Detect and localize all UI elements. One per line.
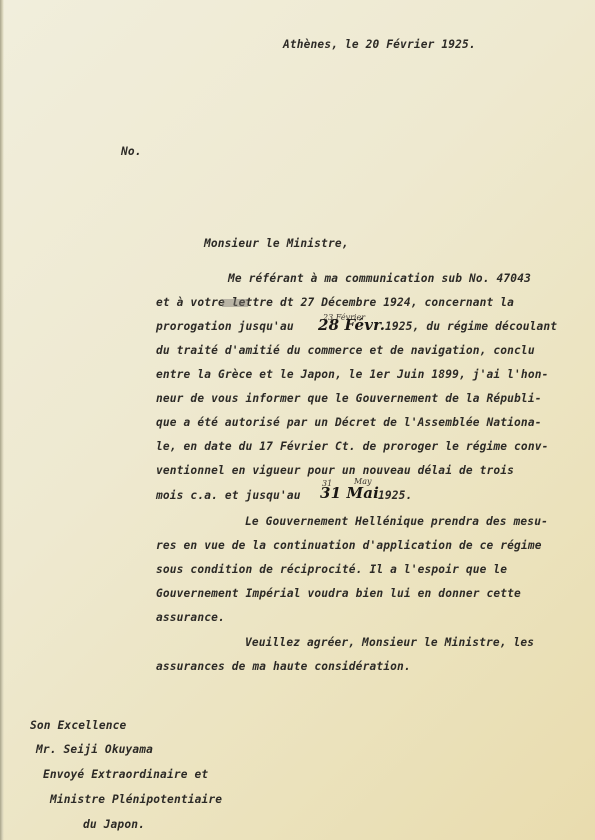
paragraph-line: res en vue de la continuation d'applicat… [156, 539, 542, 553]
salutation: Monsieur le Ministre, [204, 237, 349, 251]
addressee-line: du Japon. [83, 818, 145, 832]
paragraph-line: ventionnel en vigueur pour un nouveau dé… [156, 464, 514, 478]
paragraph-line: sous condition de réciprocité. Il a l'es… [156, 563, 507, 577]
closing-line: assurances de ma haute considération. [156, 660, 411, 674]
paragraph-line: assurance. [156, 611, 225, 625]
handwritten-date: 31 Mai [320, 486, 379, 500]
paragraph-line: 1925. [378, 489, 412, 503]
paragraph-line: que a été autorisé par un Décret de l'As… [156, 416, 542, 430]
paragraph-line: Le Gouvernement Hellénique prendra des m… [245, 515, 548, 529]
paragraph-line: Gouvernement Impérial voudra bien lui en… [156, 587, 521, 601]
paragraph-line: du traité d'amitié du commerce et de nav… [156, 344, 535, 358]
strikeout-mark [222, 299, 248, 307]
reference-number: No. [121, 145, 142, 159]
addressee-line: Ministre Plénipotentiaire [50, 793, 222, 807]
paragraph-line: entre la Grèce et le Japon, le 1er Juin … [156, 368, 548, 382]
addressee-line: Son Excellence [30, 719, 126, 733]
paragraph-line: 1925, du régime découlant [385, 320, 557, 334]
page-edge [0, 0, 4, 840]
paragraph-line: mois c.a. et jusqu'au [156, 489, 301, 503]
paragraph-line: le, en date du 17 Février Ct. de proroge… [156, 440, 548, 454]
letter-page: Athènes, le 20 Février 1925. No. Monsieu… [0, 0, 595, 840]
paragraph-line: prorogation jusqu'au [156, 320, 294, 334]
paragraph-line: neur de vous informer que le Gouvernemen… [156, 392, 542, 406]
dateline: Athènes, le 20 Février 1925. [283, 38, 476, 52]
closing-line: Veuillez agréer, Monsieur le Ministre, l… [245, 636, 534, 650]
handwritten-date: 28 Févr. [318, 318, 385, 332]
paragraph-line: et à votre lettre dt 27 Décembre 1924, c… [156, 296, 514, 310]
addressee-line: Envoyé Extraordinaire et [43, 768, 208, 782]
paragraph-line: Me référant à ma communication sub No. 4… [228, 272, 531, 286]
addressee-line: Mr. Seiji Okuyama [36, 743, 153, 757]
